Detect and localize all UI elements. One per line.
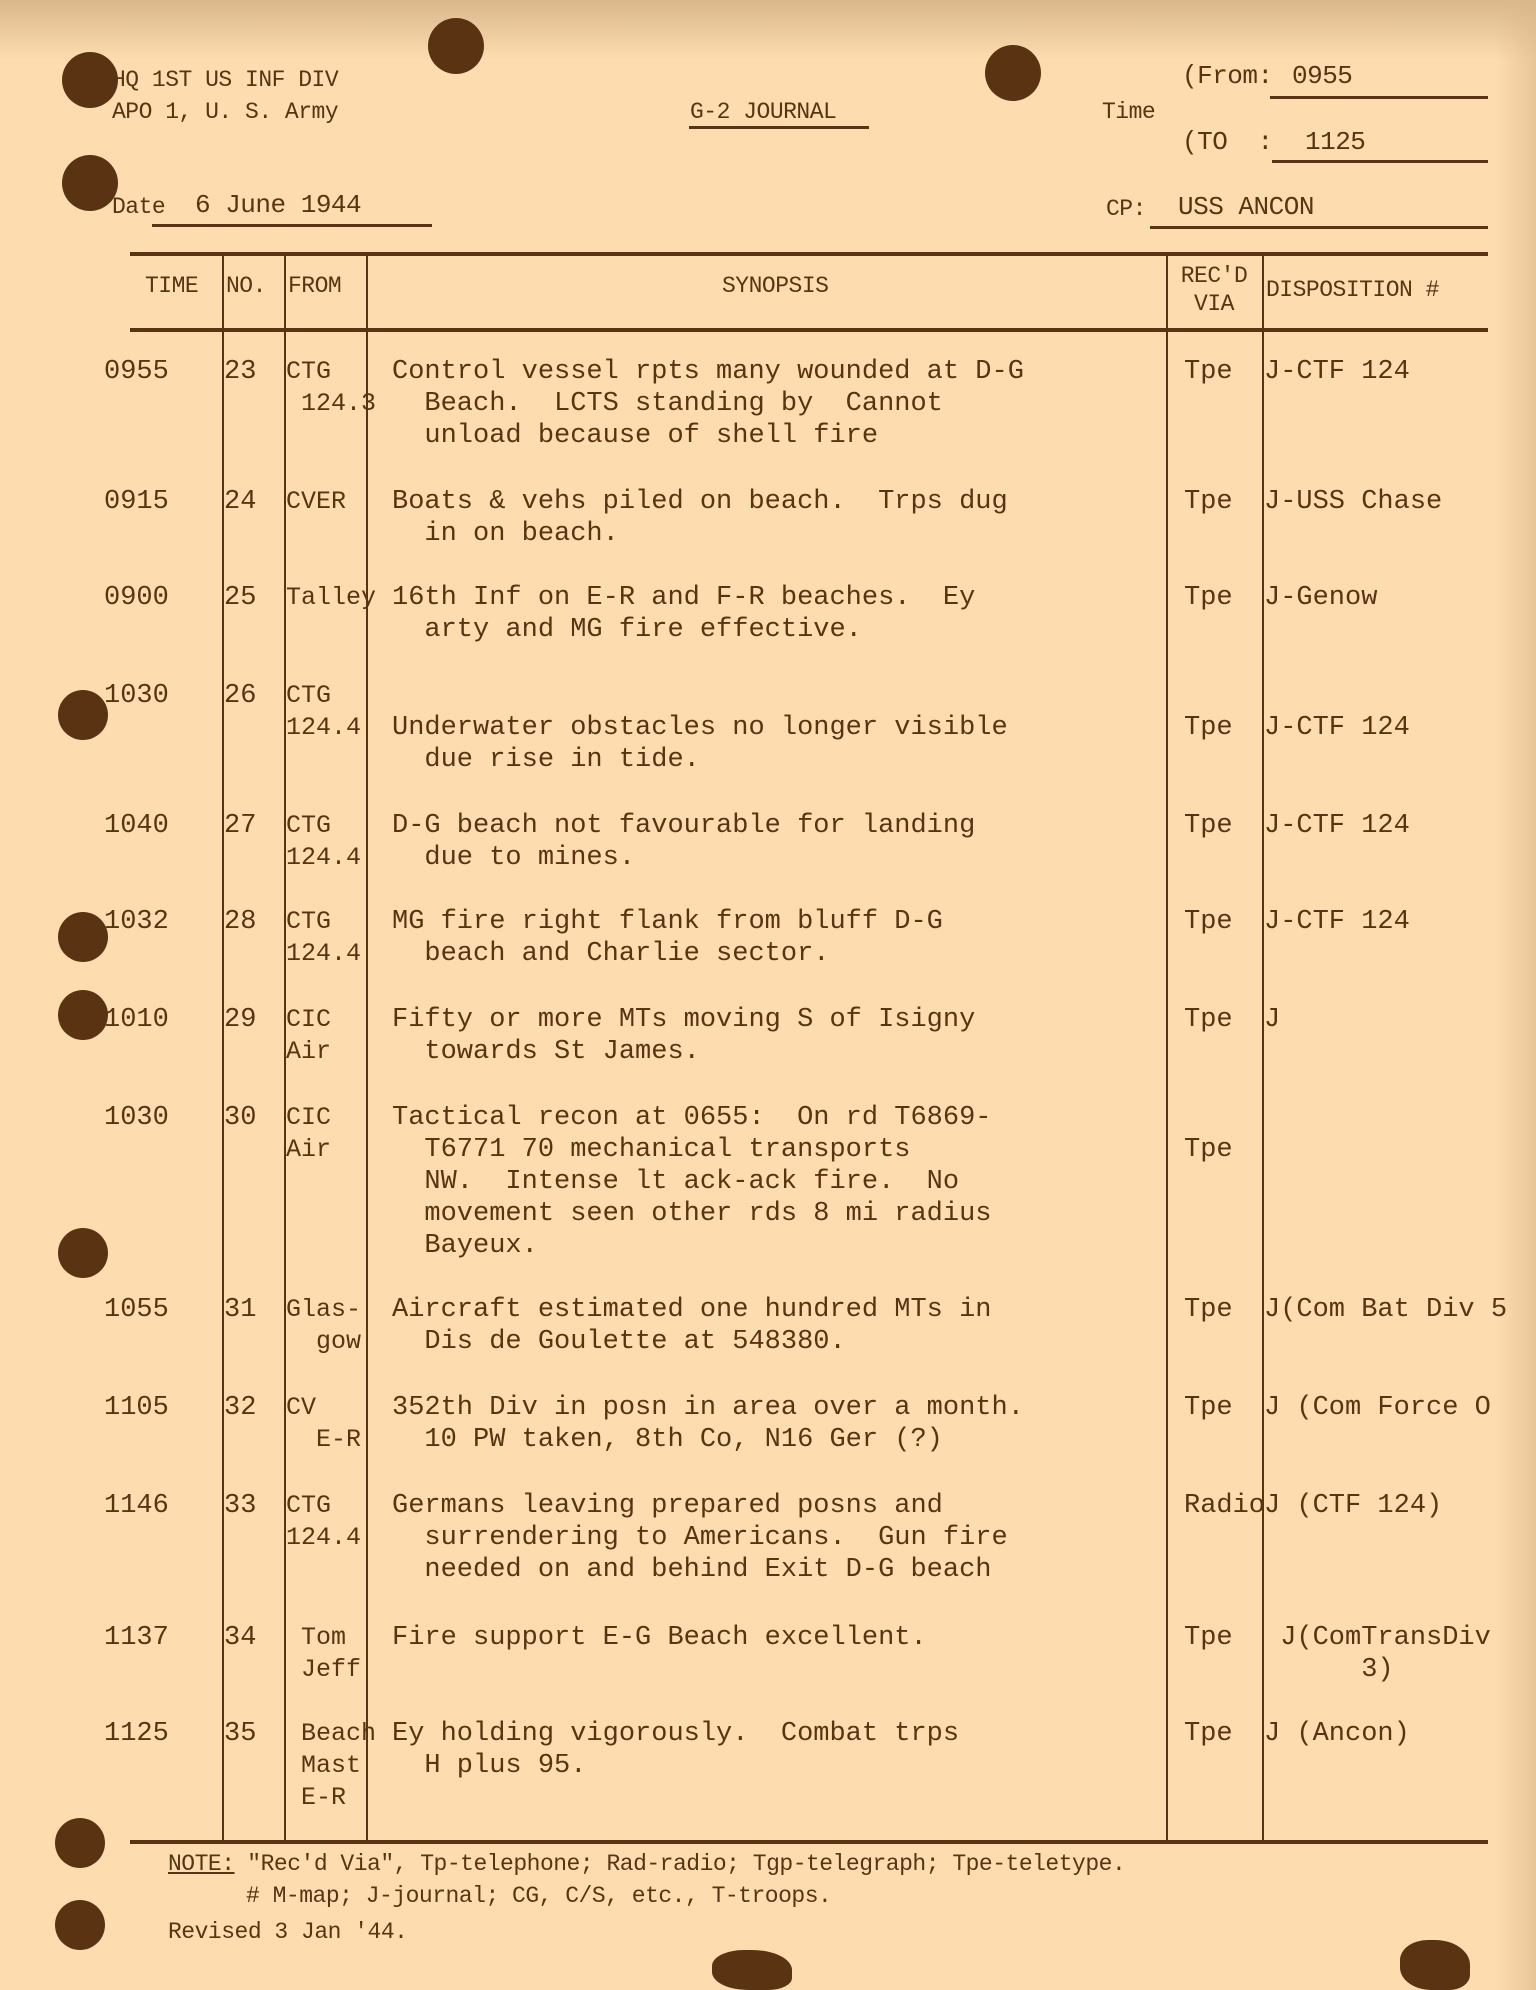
entry-number: 35 bbox=[224, 1718, 256, 1750]
revised-date: Revised 3 Jan '44. bbox=[168, 1916, 407, 1948]
paper-stain-right bbox=[1496, 0, 1536, 1990]
punch-hole bbox=[985, 45, 1041, 101]
entry-recd-via: Tpe bbox=[1184, 1294, 1233, 1326]
col-header-disposition: DISPOSITION # bbox=[1266, 274, 1439, 306]
punch-hole bbox=[55, 1818, 105, 1868]
to-underline bbox=[1272, 160, 1488, 163]
entry-from: Glas- gow bbox=[286, 1294, 361, 1358]
entry-recd-via: Tpe bbox=[1184, 1134, 1233, 1166]
entry-disposition: J-CTF 124 bbox=[1264, 356, 1410, 388]
entry-time: 1010 bbox=[104, 1004, 169, 1036]
entry-synopsis: Ey holding vigorously. Combat trps H plu… bbox=[392, 1718, 959, 1782]
entry-recd-via: Tpe bbox=[1184, 1392, 1233, 1424]
entry-synopsis: Fifty or more MTs moving S of Isigny tow… bbox=[392, 1004, 975, 1068]
title-underline bbox=[689, 126, 869, 129]
entry-disposition: J-CTF 124 bbox=[1264, 712, 1410, 744]
col-header-recd-via: REC'D VIA bbox=[1166, 262, 1262, 318]
entry-number: 34 bbox=[224, 1622, 256, 1654]
entry-from: Tom Jeff bbox=[286, 1622, 361, 1686]
entry-from: CTG 124.4 bbox=[286, 680, 361, 744]
entry-synopsis: Control vessel rpts many wounded at D-G … bbox=[392, 356, 1024, 452]
entry-from: CTG 124.3 bbox=[286, 356, 376, 420]
paper-stain-top bbox=[0, 0, 1536, 60]
entry-number: 30 bbox=[224, 1102, 256, 1134]
entry-recd-via: Tpe bbox=[1184, 582, 1233, 614]
col-header-time: TIME bbox=[145, 270, 198, 302]
entry-number: 25 bbox=[224, 582, 256, 614]
entry-synopsis: Aircraft estimated one hundred MTs in Di… bbox=[392, 1294, 992, 1358]
entry-number: 29 bbox=[224, 1004, 256, 1036]
entry-disposition: J (CTF 124) bbox=[1264, 1490, 1442, 1522]
table-bottom-rule bbox=[130, 1840, 1488, 1844]
from-underline bbox=[1270, 96, 1488, 99]
punch-hole bbox=[62, 155, 118, 211]
entry-number: 28 bbox=[224, 906, 256, 938]
entry-number: 27 bbox=[224, 810, 256, 842]
col-divider bbox=[1166, 254, 1168, 1840]
entry-synopsis: D-G beach not favourable for landing due… bbox=[392, 810, 975, 874]
entry-synopsis: 16th Inf on E-R and F-R beaches. Ey arty… bbox=[392, 582, 975, 646]
table-header-rule bbox=[130, 328, 1488, 332]
col-divider bbox=[366, 254, 368, 1840]
entry-disposition: J-USS Chase bbox=[1264, 486, 1442, 518]
cp-label: CP: bbox=[1106, 193, 1146, 225]
date-value: 6 June 1944 bbox=[195, 189, 361, 221]
entry-disposition: J(ComTransDiv 3) bbox=[1264, 1622, 1491, 1686]
entry-time: 1055 bbox=[104, 1294, 169, 1326]
entry-number: 32 bbox=[224, 1392, 256, 1424]
entry-disposition: J (Ancon) bbox=[1264, 1718, 1410, 1750]
entry-recd-via: Tpe bbox=[1184, 906, 1233, 938]
col-header-synopsis: SYNOPSIS bbox=[722, 270, 828, 302]
entry-synopsis: MG fire right flank from bluff D-G beach… bbox=[392, 906, 943, 970]
punch-hole bbox=[58, 1228, 108, 1278]
entry-synopsis: Germans leaving prepared posns and surre… bbox=[392, 1490, 1008, 1586]
entry-time: 0915 bbox=[104, 486, 169, 518]
punch-hole bbox=[58, 690, 108, 740]
entry-number: 33 bbox=[224, 1490, 256, 1522]
punch-hole bbox=[58, 990, 108, 1040]
org-line-1: HQ 1ST US INF DIV bbox=[112, 64, 338, 96]
to-label: (TO : bbox=[1182, 126, 1273, 158]
note-label: NOTE: bbox=[168, 1848, 235, 1880]
entry-synopsis: 352th Div in posn in area over a month. … bbox=[392, 1392, 1024, 1456]
entry-number: 31 bbox=[224, 1294, 256, 1326]
to-time-value: 1125 bbox=[1305, 126, 1365, 158]
date-underline bbox=[152, 224, 432, 227]
entry-time: 1125 bbox=[104, 1718, 169, 1750]
entry-time: 1030 bbox=[104, 680, 169, 712]
entry-from: CTG 124.4 bbox=[286, 906, 361, 970]
punch-hole bbox=[428, 18, 484, 74]
time-label: Time bbox=[1102, 96, 1155, 128]
entry-time: 1030 bbox=[104, 1102, 169, 1134]
entry-synopsis: Boats & vehs piled on beach. Trps dug in… bbox=[392, 486, 1008, 550]
from-time-value: 0955 bbox=[1292, 60, 1352, 92]
entry-number: 26 bbox=[224, 680, 256, 712]
entry-disposition: J-CTF 124 bbox=[1264, 906, 1410, 938]
entry-from: CIC Air bbox=[286, 1102, 331, 1166]
entry-synopsis: Underwater obstacles no longer visible d… bbox=[392, 712, 1008, 776]
col-header-no: NO. bbox=[226, 270, 266, 302]
entry-from: CIC Air bbox=[286, 1004, 331, 1068]
note-line-1: "Rec'd Via", Tp-telephone; Rad-radio; Tg… bbox=[234, 1848, 1125, 1880]
punch-hole bbox=[55, 1900, 105, 1950]
entry-time: 1040 bbox=[104, 810, 169, 842]
entry-time: 1032 bbox=[104, 906, 169, 938]
entry-disposition: J-Genow bbox=[1264, 582, 1377, 614]
entry-disposition: J(Com Bat Div 5 bbox=[1264, 1294, 1507, 1326]
cp-underline bbox=[1150, 226, 1488, 229]
cp-value: USS ANCON bbox=[1178, 191, 1314, 223]
entry-recd-via: Tpe bbox=[1184, 1622, 1233, 1654]
entry-time: 0955 bbox=[104, 356, 169, 388]
entry-disposition: J (Com Force O bbox=[1264, 1392, 1491, 1424]
entry-number: 23 bbox=[224, 356, 256, 388]
ink-blot bbox=[712, 1950, 792, 1990]
entry-synopsis: Tactical recon at 0655: On rd T6869- T67… bbox=[392, 1102, 992, 1262]
from-label: (From: bbox=[1182, 60, 1273, 92]
entry-time: 1137 bbox=[104, 1622, 169, 1654]
entry-from: Talley bbox=[286, 582, 376, 614]
col-header-from: FROM bbox=[288, 270, 341, 302]
entry-disposition: J bbox=[1264, 1004, 1280, 1036]
entry-time: 1146 bbox=[104, 1490, 169, 1522]
entry-recd-via: Tpe bbox=[1184, 712, 1233, 744]
date-label: Date bbox=[112, 191, 165, 223]
entry-from: CTG 124.4 bbox=[286, 810, 361, 874]
punch-hole bbox=[62, 52, 118, 108]
journal-title: G-2 JOURNAL bbox=[690, 96, 836, 128]
entry-recd-via: Tpe bbox=[1184, 810, 1233, 842]
entry-recd-via: Tpe bbox=[1184, 1004, 1233, 1036]
entry-from: CTG 124.4 bbox=[286, 1490, 361, 1554]
note-line-2: # M-map; J-journal; CG, C/S, etc., T-tro… bbox=[246, 1880, 831, 1912]
entry-time: 1105 bbox=[104, 1392, 169, 1424]
entry-from: CV E-R bbox=[286, 1392, 361, 1456]
entry-number: 24 bbox=[224, 486, 256, 518]
org-line-2: APO 1, U. S. Army bbox=[112, 96, 338, 128]
entry-recd-via: Tpe bbox=[1184, 486, 1233, 518]
entry-time: 0900 bbox=[104, 582, 169, 614]
entry-disposition: J-CTF 124 bbox=[1264, 810, 1410, 842]
entry-recd-via: Tpe bbox=[1184, 1718, 1233, 1750]
entry-synopsis: Fire support E-G Beach excellent. bbox=[392, 1622, 927, 1654]
entry-from: CVER bbox=[286, 486, 346, 518]
entry-recd-via: Radio bbox=[1184, 1490, 1265, 1522]
entry-recd-via: Tpe bbox=[1184, 356, 1233, 388]
punch-hole bbox=[58, 912, 108, 962]
ink-blot bbox=[1400, 1940, 1470, 1990]
table-top-rule bbox=[130, 252, 1488, 256]
entry-from: Beach Mast E-R bbox=[286, 1718, 376, 1814]
